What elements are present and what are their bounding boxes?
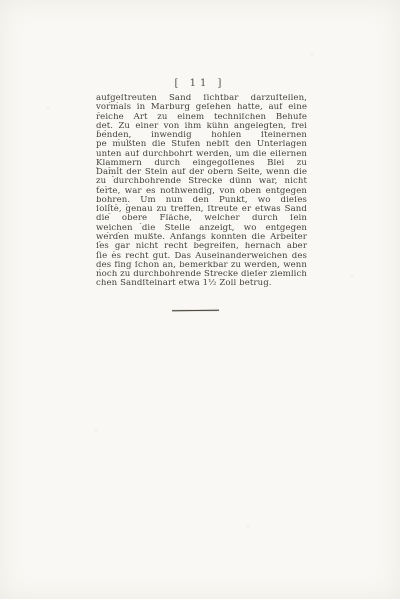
text-line: ſie es recht gut. Das Auseinanderweichen…: [96, 252, 307, 261]
text-line: unten auf durchbohrt werden, um die eiſe…: [96, 150, 307, 159]
text-line: zu durchbohrende Strecke dünn war, nicht…: [96, 177, 307, 186]
text-line: pe mußten die Stufen nebſt den Unterlage…: [96, 140, 307, 149]
text-line: weichen die Stelle anzeigt, wo entgegen …: [96, 224, 307, 233]
text-line: Damit der Stein auf der obern Seite, wen…: [96, 168, 307, 177]
text-line: bohren. Um nun den Punkt, wo dieſes geſc…: [96, 196, 307, 205]
text-line: werden mußte. Anfangs konnten die Arbeit…: [96, 233, 307, 242]
text-line: benden, inwendig hohlen ſteinernen Wende…: [96, 131, 307, 140]
text-line: det. Zu einer von ihm kühn angelegten, f…: [96, 122, 307, 131]
book-page: [ 11 ] aufgeſtreuten Sand ſichtbar darzu…: [0, 0, 400, 599]
text-line: die obere Fläche, welcher durch ſein Aus…: [96, 214, 307, 223]
text-line: des fing ſchon an, bemerkbar zu werden, …: [96, 261, 307, 270]
text-line: aufgeſtreuten Sand ſichtbar darzuſtellen…: [96, 94, 307, 103]
text-line: ſes gar nicht recht begreifen, hernach a…: [96, 242, 307, 251]
body-paragraph: aufgeſtreuten Sand ſichtbar darzuſtellen…: [96, 94, 307, 289]
page-number: [ 11 ]: [0, 78, 400, 89]
text-line: terte, war es nothwendig, von oben entge…: [96, 187, 307, 196]
text-line: Klammern durch eingegoſſenes Blei zu bef…: [96, 159, 307, 168]
text-line: chen Sandſteinart etwa 1½ Zoll betrug.: [96, 279, 307, 288]
section-divider: [172, 310, 219, 311]
text-line: vormals in Marburg geſehen hatte, auf ei…: [96, 103, 307, 112]
text-line: reiche Art zu einem techniſchen Behufe a…: [96, 113, 307, 122]
text-line: ſollte, genau zu treffen, ſtreute er etw…: [96, 205, 307, 214]
text-line: noch zu durchbohrende Strecke dieſer zie…: [96, 270, 307, 279]
